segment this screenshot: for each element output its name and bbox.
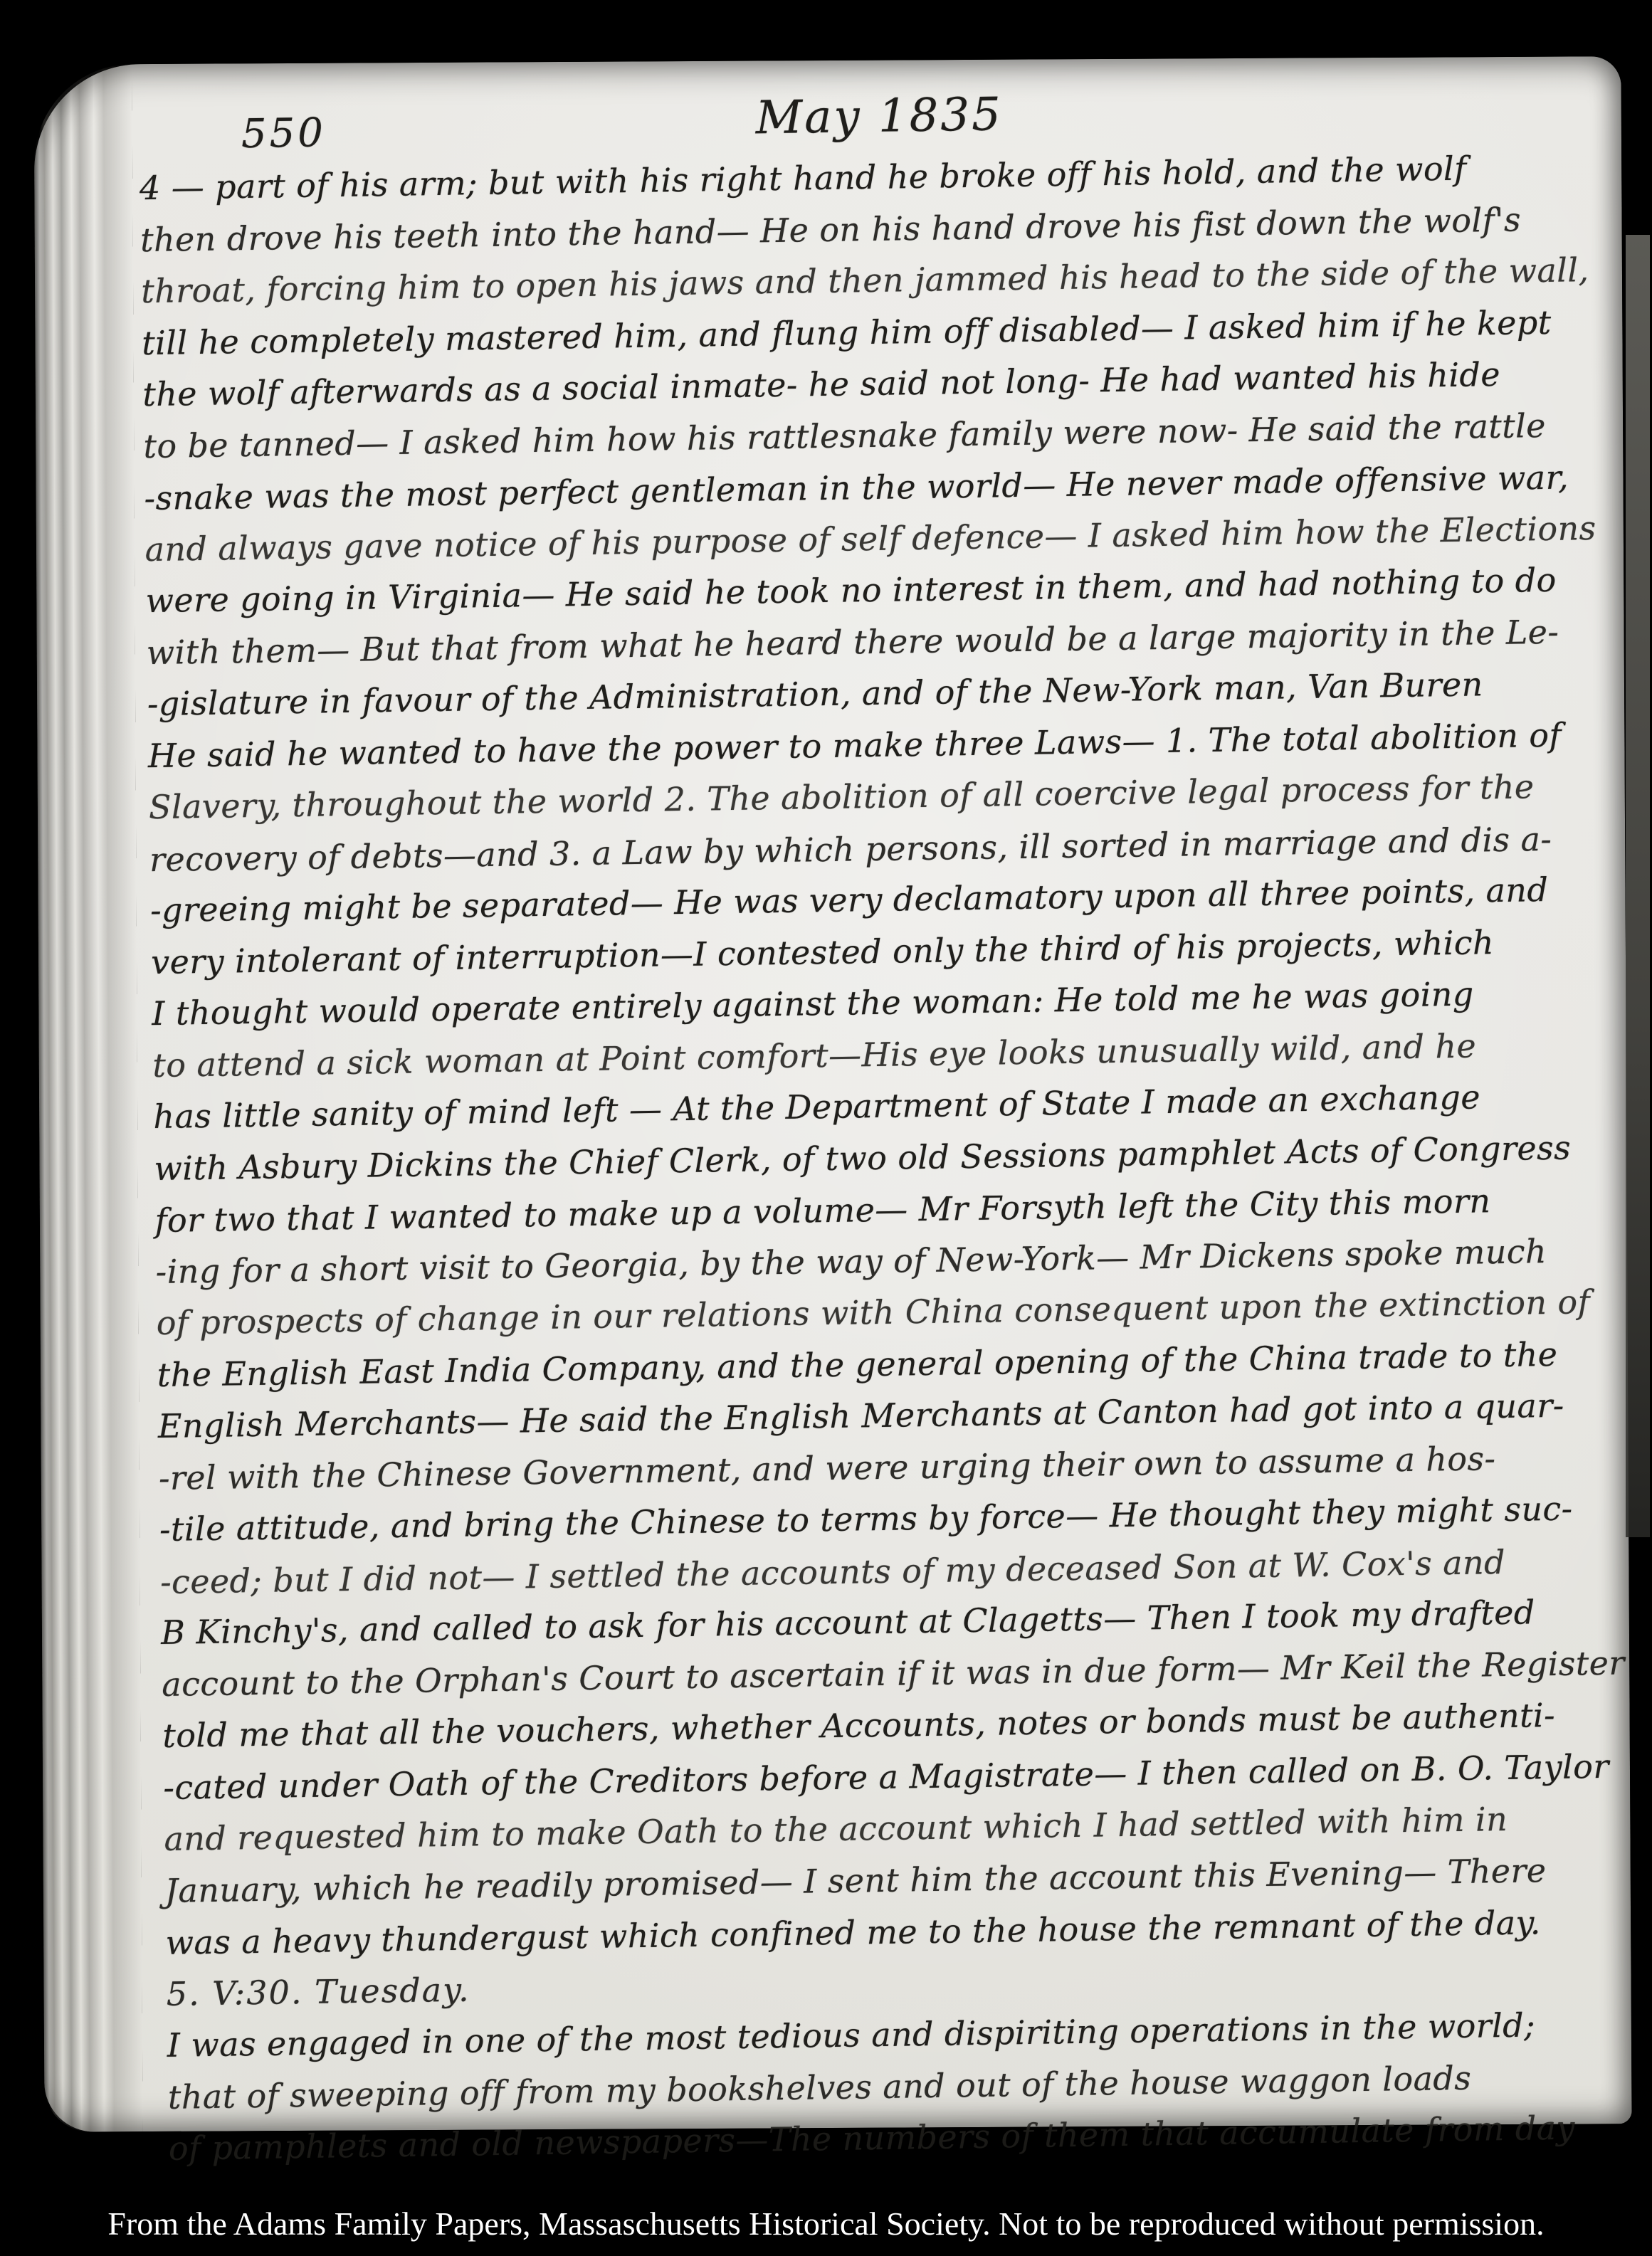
manuscript-lines: 4 — part of his arm; but with his right …: [140, 140, 1646, 2174]
credit-footer: From the Adams Family Papers, Massaschus…: [0, 2191, 1652, 2256]
manuscript-content: 550 May 1835 4 — part of his arm; but wi…: [33, 42, 1651, 2133]
entry-new-lines: I was engaged in one of the most tedious…: [167, 1998, 1646, 2174]
adjacent-page-edge: [1626, 235, 1650, 1537]
manuscript-page: 550 May 1835 4 — part of his arm; but wi…: [33, 56, 1631, 2132]
header-date: May 1835: [755, 88, 1003, 144]
credit-text: From the Adams Family Papers, Massaschus…: [107, 2205, 1544, 2242]
entry-continuation-lines: 4 — part of his arm; but with his right …: [140, 140, 1643, 1968]
page-number: 550: [241, 110, 326, 157]
